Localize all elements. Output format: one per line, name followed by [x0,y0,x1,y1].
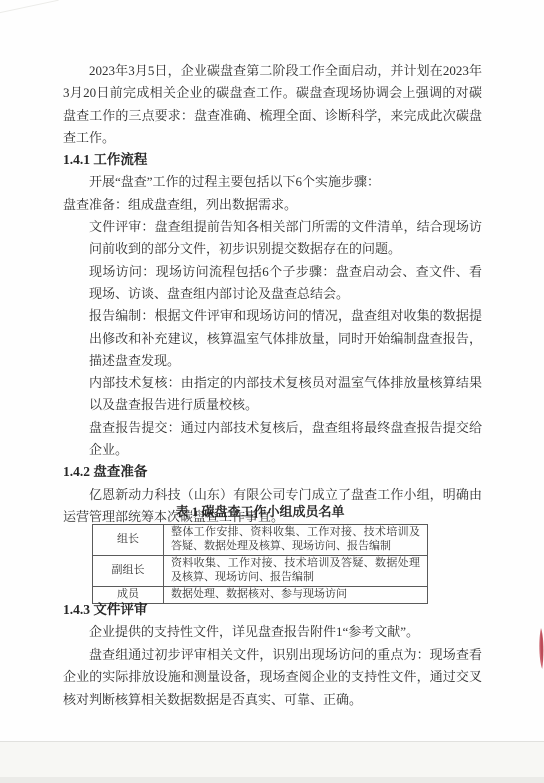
heading-1-4-1: 1.4.1 工作流程 [63,149,482,171]
step-internal-technical-review: 内部技术复核：由指定的内部技术复核员对温室气体排放量核算结果以及盘查报告进行质量… [89,372,482,417]
paragraph-intro: 2023年3月5日，企业碳盘查第二阶段工作全面启动，并计划在2023年3月20日… [63,60,482,149]
heading-1-4-2: 1.4.2 盘查准备 [63,461,482,483]
table-row-deputy-leader: 副组长 资料收集、工作对接、技术培训及答疑、数据处理及核算、现场访问、报告编制 [93,556,428,587]
paragraph-steps-intro: 开展“盘查”工作的过程主要包括以下6个实施步骤： [63,171,482,193]
step-site-visit: 现场访问：现场访问流程包括6个子步骤：盘查启动会、查文件、看现场、访谈、盘查组内… [89,261,482,306]
role-cell: 副组长 [93,556,164,587]
step-document-review: 文件评审：盘查组提前告知各相关部门所需的文件清单，结合现场访问前收到的部分文件，… [89,216,482,261]
table-row-leader: 组长 整体工作安排、资料收集、工作对接、技术培训及答疑、数据处理及核算、现场访问… [93,525,428,556]
page-corner-scan-line [0,0,59,14]
section-upper-text: 2023年3月5日，企业碳盘查第二阶段工作全面启动，并计划在2023年3月20日… [63,60,482,528]
step-report-compilation: 报告编制：根据文件评审和现场访问的情况，盘查组对收集的数据提出修改和补充建议，核… [89,305,482,372]
scan-bottom-band [0,777,544,783]
step-audit-preparation: 盘查准备：组成盘查组，列出数据需求。 [63,194,482,216]
duties-cell: 资料收集、工作对接、技术培训及答疑、数据处理及核算、现场访问、报告编制 [164,556,428,587]
table-caption: 表 1 碳盘查工作小组成员名单 [92,501,428,523]
step-report-submission: 盘查报告提交：通过内部技术复核后，盘查组将最终盘查报告提交给企业。 [89,417,482,462]
heading-1-4-3: 1.4.3 文件评审 [63,599,482,621]
paragraph-supporting-documents: 企业提供的支持性文件，详见盘查报告附件1“参考文献”。 [63,621,482,643]
role-cell: 组长 [93,525,164,556]
paragraph-review-focus: 盘查组通过初步评审相关文件，识别出现场访问的重点为：现场查看企业的实际排放设施和… [63,644,482,711]
document-page: 2023年3月5日，企业碳盘查第二阶段工作全面启动，并计划在2023年3月20日… [0,0,544,742]
duties-cell: 整体工作安排、资料收集、工作对接、技术培训及答疑、数据处理及核算、现场访问、报告… [164,525,428,556]
members-table: 组长 整体工作安排、资料收集、工作对接、技术培训及答疑、数据处理及核算、现场访问… [92,524,428,604]
red-ink-mark [534,626,544,672]
section-members-table: 表 1 碳盘查工作小组成员名单 组长 整体工作安排、资料收集、工作对接、技术培训… [63,501,482,604]
section-lower-text: 1.4.3 文件评审 企业提供的支持性文件，详见盘查报告附件1“参考文献”。 盘… [63,599,482,711]
